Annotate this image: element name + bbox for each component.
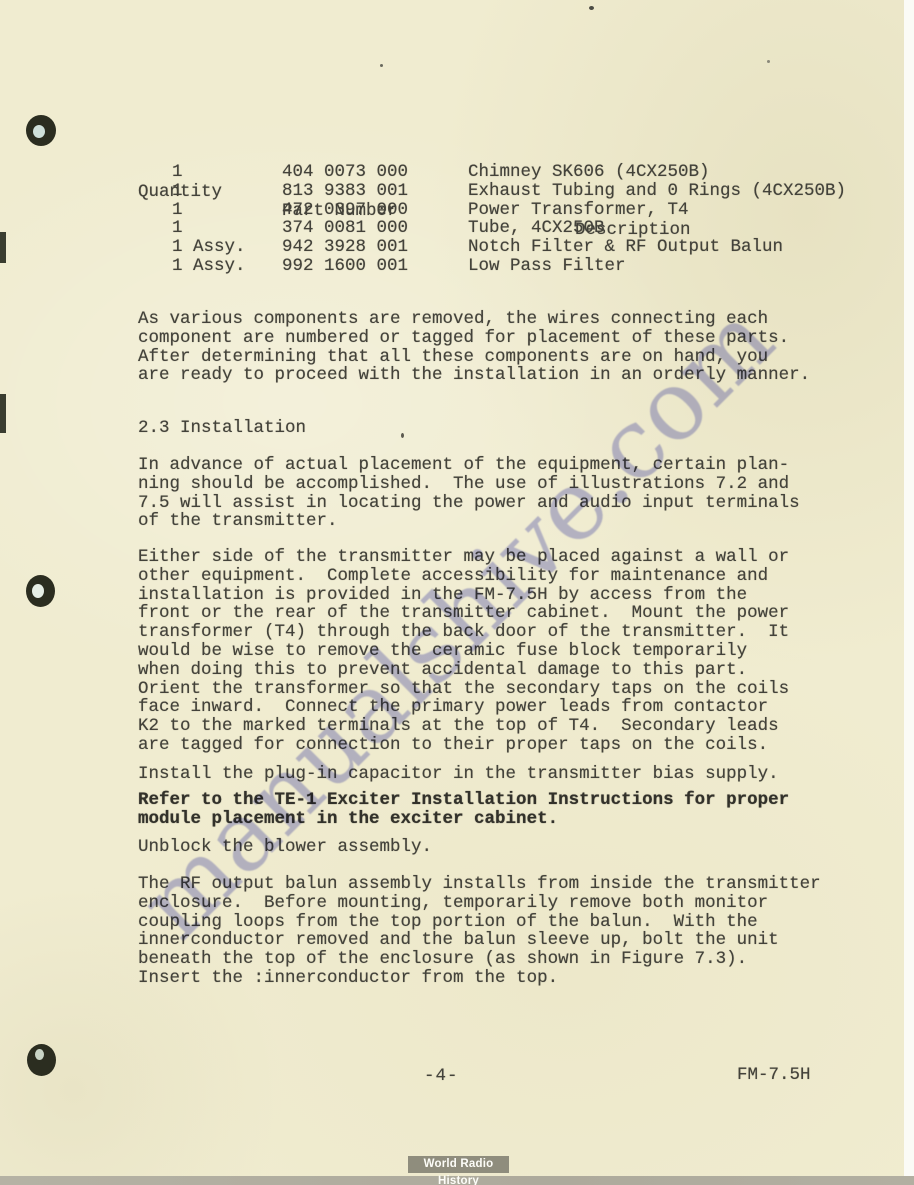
ink-speck	[401, 433, 404, 438]
scanned-manual-page: Quantity Part Number Description 1404 00…	[0, 0, 914, 1185]
text-line: installation is provided in the FM-7.5H …	[138, 586, 789, 605]
cell-quantity: 1 Assy.	[172, 238, 246, 257]
cell-part-number: 404 0073 000	[282, 163, 408, 182]
left-edge-binding-mark	[0, 232, 6, 263]
cell-description: Low Pass Filter	[468, 257, 626, 276]
text-line: As various components are removed, the w…	[138, 310, 810, 329]
text-line: Orient the transformer so that the secon…	[138, 680, 789, 699]
text-line: transformer (T4) through the back door o…	[138, 623, 789, 642]
ink-speck	[767, 60, 770, 63]
text-line: are tagged for connection to their prope…	[138, 736, 789, 755]
text-line: ning should be accomplished. The use of …	[138, 475, 800, 494]
text-line: when doing this to prevent accidental da…	[138, 661, 789, 680]
scan-source-badge: World Radio History	[408, 1156, 509, 1173]
cell-part-number: 942 3928 001	[282, 238, 408, 257]
text-line: front or the rear of the transmitter cab…	[138, 604, 789, 623]
cell-description: Tube, 4CX250B	[468, 219, 605, 238]
cell-quantity: 1	[172, 163, 183, 182]
table-row: 1472 0397 000Power Transformer, T4	[138, 201, 868, 220]
text-line: enclosure. Before mounting, temporarily …	[138, 894, 821, 913]
text-line: component are numbered or tagged for pla…	[138, 329, 810, 348]
cell-description: Chimney SK606 (4CX250B)	[468, 163, 710, 182]
text-line: Install the plug-in capacitor in the tra…	[138, 765, 779, 784]
paragraph-components-removed: As various components are removed, the w…	[138, 310, 810, 385]
hole-punch-glint	[33, 125, 45, 138]
cell-quantity: 1	[172, 219, 183, 238]
left-edge-binding-mark	[0, 394, 6, 433]
cell-part-number: 472 0397 000	[282, 201, 408, 220]
cell-quantity: 1 Assy.	[172, 257, 246, 276]
paragraph-refer-te1-exciter: Refer to the TE-1 Exciter Installation I…	[138, 791, 789, 829]
table-row: 1404 0073 000Chimney SK606 (4CX250B)	[138, 163, 868, 182]
text-line: Insert the :innerconductor from the top.	[138, 969, 821, 988]
cell-description: Power Transformer, T4	[468, 201, 689, 220]
text-line: The RF output balun assembly installs fr…	[138, 875, 821, 894]
text-line: beneath the top of the enclosure (as sho…	[138, 950, 821, 969]
paragraph-install-capacitor: Install the plug-in capacitor in the tra…	[138, 765, 779, 784]
hole-punch-glint	[35, 1049, 44, 1060]
hole-punch-mark	[27, 1044, 56, 1076]
table-row: 1 Assy.942 3928 001Notch Filter & RF Out…	[138, 238, 868, 257]
text-line: In advance of actual placement of the eq…	[138, 456, 800, 475]
cell-description: Notch Filter & RF Output Balun	[468, 238, 783, 257]
text-line: Refer to the TE-1 Exciter Installation I…	[138, 791, 789, 810]
document-code: FM-7.5H	[737, 1066, 811, 1085]
text-line: 7.5 will assist in locating the power an…	[138, 494, 800, 513]
paragraph-advance-planning: In advance of actual placement of the eq…	[138, 456, 800, 531]
paragraph-rf-output-balun: The RF output balun assembly installs fr…	[138, 875, 821, 988]
hole-punch-glint	[32, 584, 44, 598]
cell-quantity: 1	[172, 182, 183, 201]
page-number: -4-	[424, 1067, 459, 1086]
parts-table-body: 1404 0073 000Chimney SK606 (4CX250B)1813…	[138, 163, 868, 276]
table-row: 1374 0081 000Tube, 4CX250B	[138, 219, 868, 238]
text-line: After determining that all these compone…	[138, 348, 810, 367]
paragraph-unblock-blower: Unblock the blower assembly.	[138, 838, 432, 857]
section-heading: 2.3 Installation	[138, 419, 306, 438]
table-row: 1813 9383 001Exhaust Tubing and 0 Rings …	[138, 182, 868, 201]
table-row: 1 Assy.992 1600 001Low Pass Filter	[138, 257, 868, 276]
cell-quantity: 1	[172, 201, 183, 220]
ink-speck	[589, 6, 594, 10]
text-line: would be wise to remove the ceramic fuse…	[138, 642, 789, 661]
cell-description: Exhaust Tubing and 0 Rings (4CX250B)	[468, 182, 846, 201]
text-line: K2 to the marked terminals at the top of…	[138, 717, 789, 736]
parts-table: Quantity Part Number Description 1404 00…	[138, 127, 868, 240]
scan-right-edge	[904, 0, 914, 1185]
paragraph-transmitter-placement: Either side of the transmitter may be pl…	[138, 548, 789, 755]
text-line: module placement in the exciter cabinet.	[138, 810, 789, 829]
cell-part-number: 813 9383 001	[282, 182, 408, 201]
text-line: Unblock the blower assembly.	[138, 838, 432, 857]
cell-part-number: 992 1600 001	[282, 257, 408, 276]
ink-speck	[380, 64, 383, 67]
text-line: Either side of the transmitter may be pl…	[138, 548, 789, 567]
text-line: of the transmitter.	[138, 512, 800, 531]
text-line: are ready to proceed with the installati…	[138, 366, 810, 385]
hole-punch-mark	[26, 115, 56, 146]
cell-part-number: 374 0081 000	[282, 219, 408, 238]
text-line: innerconductor removed and the balun sle…	[138, 931, 821, 950]
hole-punch-mark	[26, 575, 55, 607]
text-line: face inward. Connect the primary power l…	[138, 698, 789, 717]
text-line: coupling loops from the top portion of t…	[138, 913, 821, 932]
text-line: other equipment. Complete accessibility …	[138, 567, 789, 586]
